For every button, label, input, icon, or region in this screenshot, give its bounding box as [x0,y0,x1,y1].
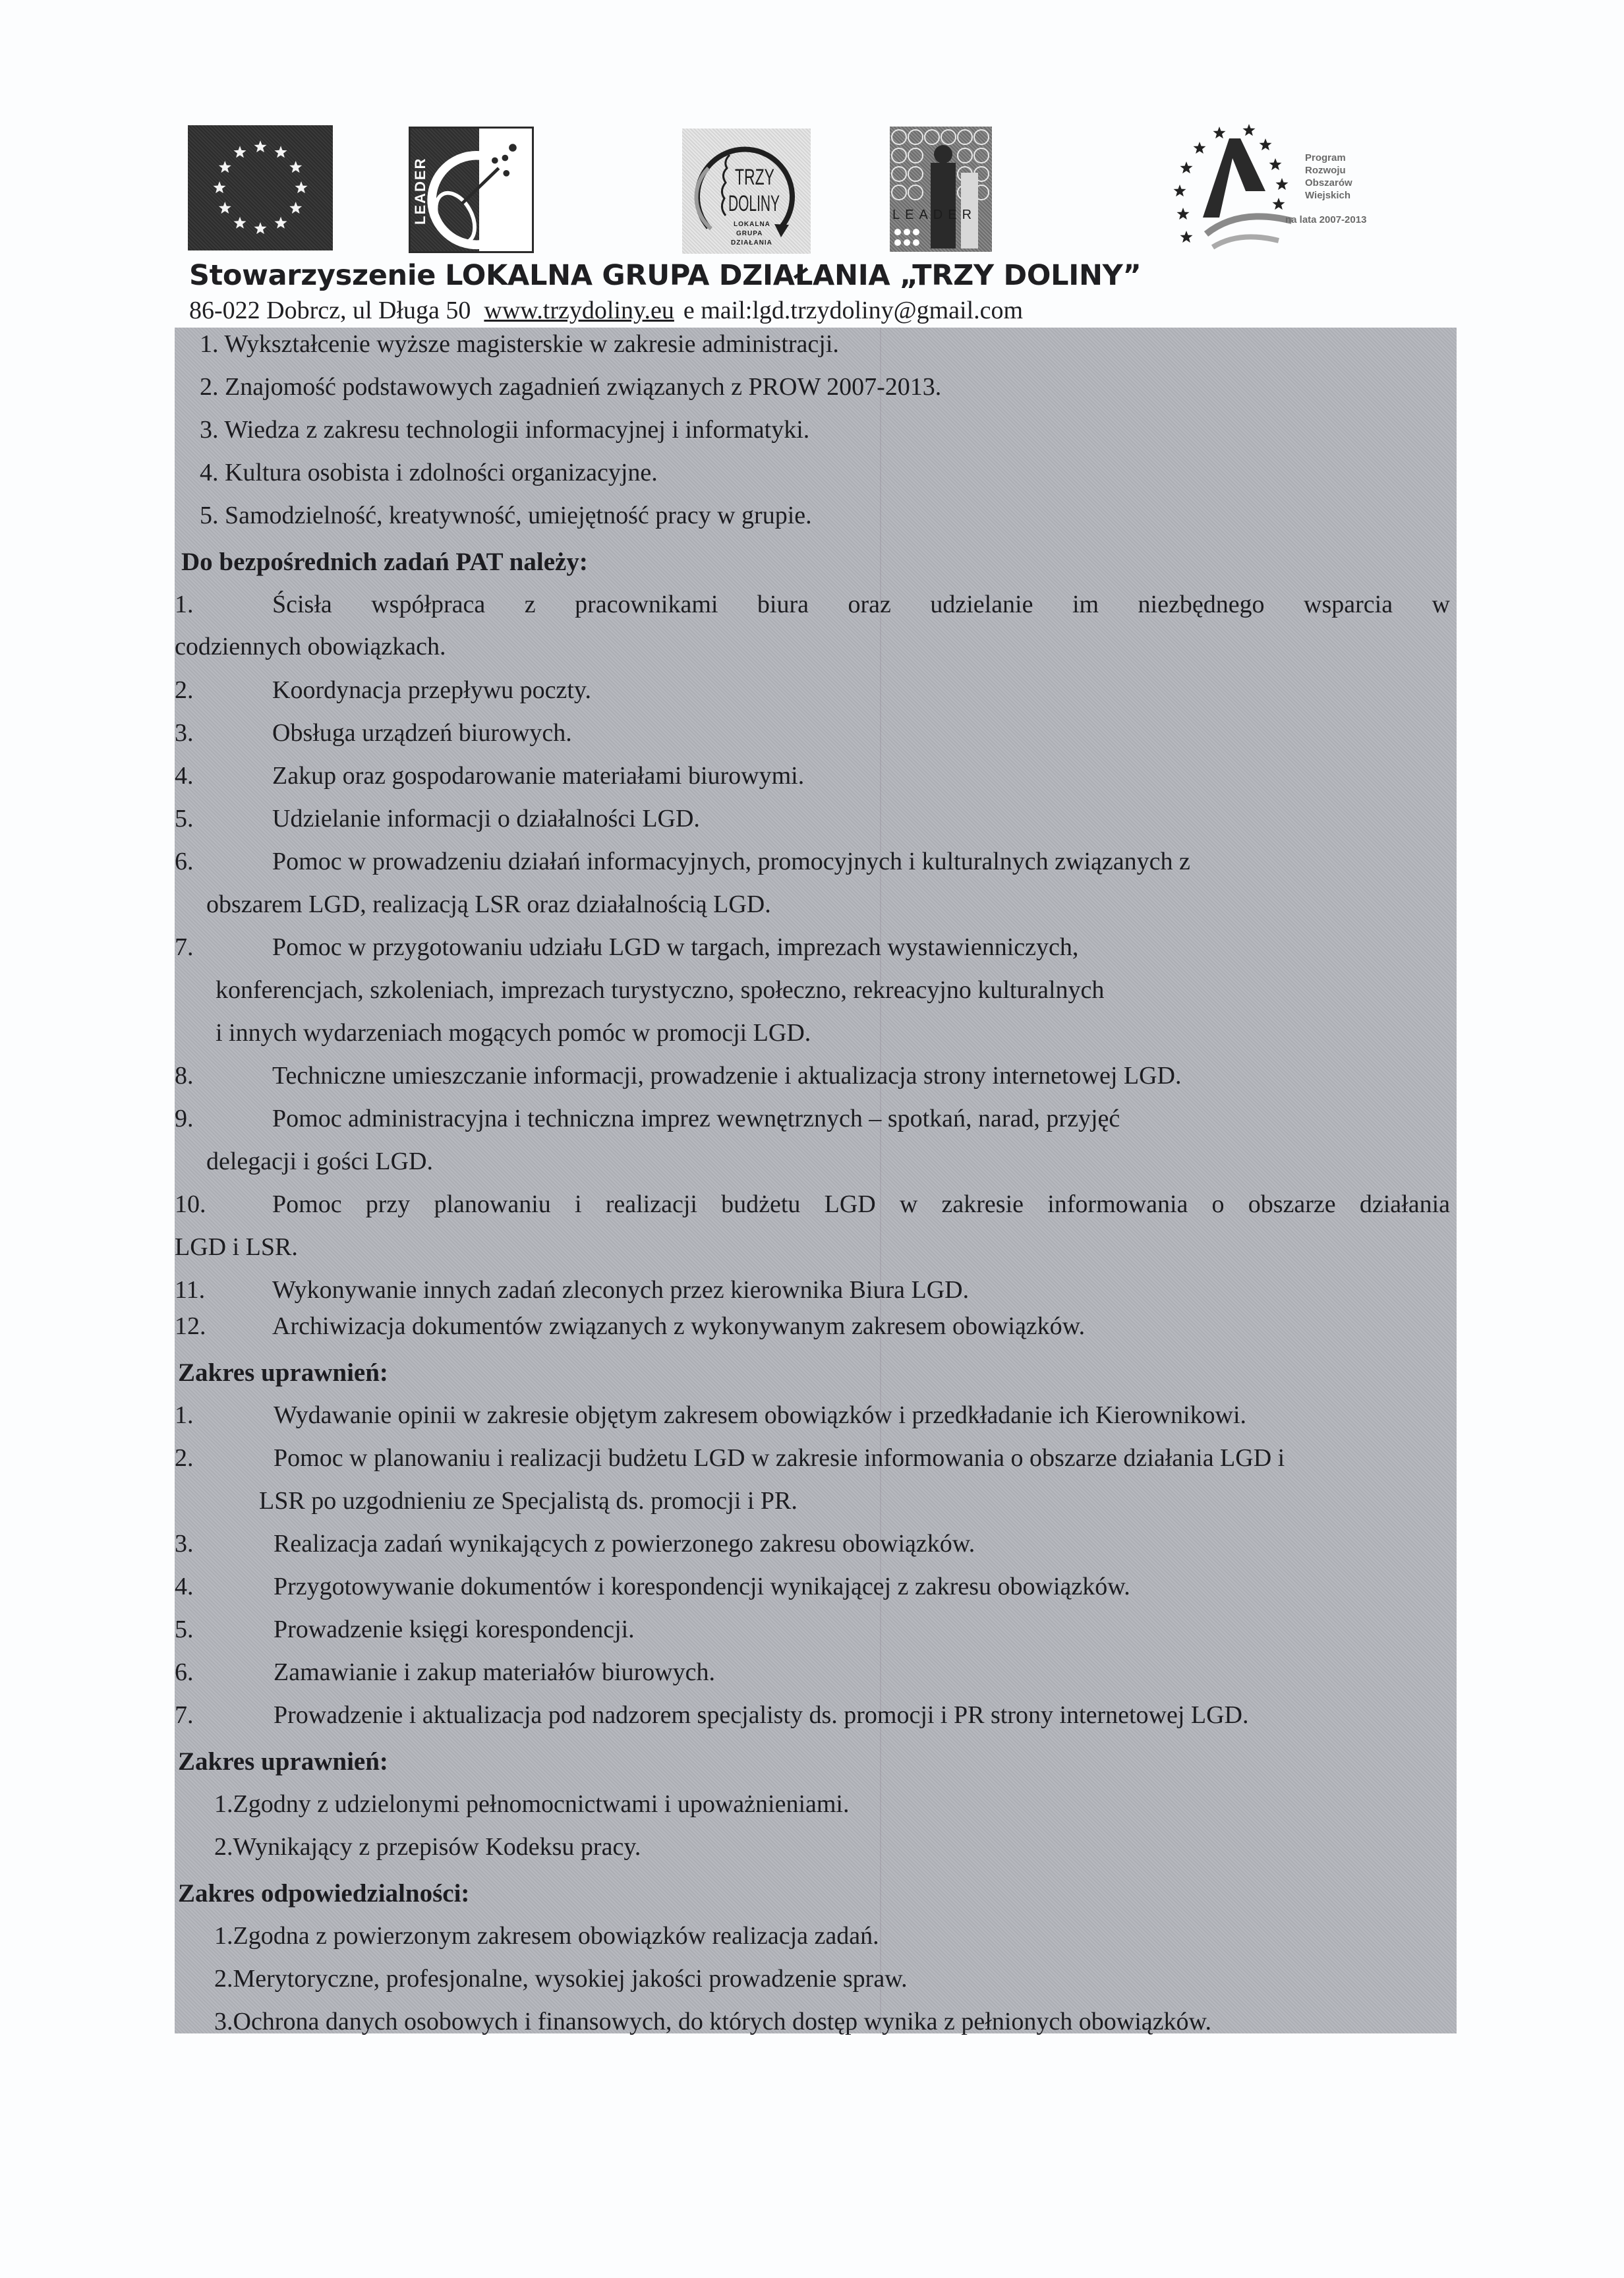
item-number: 4. [175,761,272,790]
svg-text:DZIAŁANIA: DZIAŁANIA [731,239,772,247]
item-text: Prowadzenie księgi korespondencji. [274,1616,635,1643]
duty-item: 9.Pomoc administracyjna i techniczna imp… [175,1104,1120,1133]
responsibility-item: 1.Zgodna z powierzonym zakresem obowiązk… [214,1921,879,1950]
item-number: 1. [175,1401,274,1430]
prow-years: na lata 2007-2013 [1285,214,1366,225]
responsibility-item: 3.Ochrona danych osobowych i finansowych… [214,2007,1211,2036]
item-text: Obsługa urządzeń biurowych. [272,719,572,747]
logo-bar: LEADER TRZY DOLINY LOKALNA GRUPA DZIAŁAN… [0,0,1624,264]
item-text: Pomoc w przygotowaniu udziału LGD w targ… [272,933,1078,961]
svg-text:DOLINY: DOLINY [728,191,780,216]
right-item: 1.Wydawanie opinii w zakresie objętym za… [175,1401,1246,1430]
right-item: 2.Pomoc w planowaniu i realizacji budżet… [175,1444,1285,1473]
item-text: Pomoc przy planowaniu i realizacji budże… [272,1190,1450,1218]
item-text: Koordynacja przepływu poczty. [272,676,591,704]
item-text: Ścisła współpraca z pracownikami biura o… [272,591,1450,618]
website-link[interactable]: www.trzydoliny.eu [484,297,674,324]
prow-stars-icon [1167,119,1298,257]
item-text: Pomoc administracyjna i techniczna impre… [272,1105,1120,1132]
svg-text:TRZY: TRZY [735,165,774,190]
item-number: 10. [175,1190,272,1219]
requirement-item: 2. Znajomość podstawowych zagadnień zwią… [200,372,941,401]
item-text: Zamawianie i zakup materiałów biurowych. [274,1658,715,1686]
requirement-item: 3. Wiedza z zakresu technologii informac… [200,415,809,444]
item-number: 12. [175,1312,272,1341]
responsibility-item: 2.Merytoryczne, profesjonalne, wysokiej … [214,1964,908,1993]
duty-item: 2.Koordynacja przepływu poczty. [175,676,591,705]
duty-item-continuation: LGD i LSR. [175,1233,298,1262]
eu-stars-icon [188,125,333,250]
item-number: 2. [175,1444,274,1473]
item-text: Archiwizacja dokumentów związanych z wyk… [272,1312,1085,1340]
content-block: 1. Wykształcenie wyższe magisterskie w z… [175,328,1457,2033]
item-number: 2. [175,676,272,705]
organization-name: StowarzyszenieLOKALNA GRUPA DZIAŁANIA „T… [189,259,1141,292]
trzy-doliny-logo: TRZY DOLINY LOKALNA GRUPA DZIAŁANIA [682,129,811,254]
duty-item: 5.Udzielanie informacji o działalności L… [175,804,700,833]
item-number: 5. [175,804,272,833]
prow-text: Program Rozwoju Obszarów Wiejskich [1305,152,1352,202]
requirement-item: 4. Kultura osobista i zdolności organiza… [200,458,658,487]
svg-text:LEADER: LEADER [892,208,977,222]
duty-item-continuation: obszarem LGD, realizacją LSR oraz działa… [206,890,771,919]
right-item: 7.Prowadzenie i aktualizacja pod nadzore… [175,1701,1249,1730]
item-text: Zakup oraz gospodarowanie materiałami bi… [272,762,804,790]
item-number: 9. [175,1104,272,1133]
duty-item: 11.Wykonywanie innych zadań zleconych pr… [175,1275,969,1304]
item-number: 6. [175,1658,274,1687]
item-number: 1. [175,590,272,619]
item-number: 4. [175,1572,274,1601]
item-number: 6. [175,847,272,876]
org-prefix: Stowarzyszenie [189,259,436,292]
svg-text:LOKALNA: LOKALNA [734,221,770,228]
duty-item: 7.Pomoc w przygotowaniu udziału LGD w ta… [175,933,1078,962]
item-number: 3. [175,1529,274,1558]
item-text: Techniczne umieszczanie informacji, prow… [272,1062,1182,1090]
item-number: 7. [175,933,272,962]
duties-heading: Do bezpośrednich zadań PAT należy: [181,547,588,577]
rights2-heading: Zakres uprawnień: [178,1747,388,1776]
rights-heading: Zakres uprawnień: [178,1358,388,1387]
people-circles-icon: LEADER [890,127,992,252]
duty-item: 6.Pomoc w prowadzeniu działań informacyj… [175,847,1190,876]
item-number: 11. [175,1275,272,1304]
leader-logo: LEADER [409,127,534,253]
leader-people-logo: LEADER [890,127,992,252]
item-text: Pomoc w prowadzeniu działań informacyjny… [272,848,1190,875]
right-item: 5.Prowadzenie księgi korespondencji. [175,1615,635,1644]
eu-flag-logo [188,125,333,250]
duty-item: 1.Ścisła współpraca z pracownikami biura… [175,590,1450,619]
duty-item: 12.Archiwizacja dokumentów związanych z … [175,1312,1085,1341]
email: e mail:lgd.trzydoliny@gmail.com [683,297,1023,324]
item-text: Pomoc w planowaniu i realizacji budżetu … [274,1444,1285,1472]
item-number: 5. [175,1615,274,1644]
item-text: Udzielanie informacji o działalności LGD… [272,805,700,832]
duty-item: 3.Obsługa urządzeń biurowych. [175,718,572,747]
item-number: 7. [175,1701,274,1730]
right-item: 4.Przygotowywanie dokumentów i korespond… [175,1572,1130,1601]
prow-logo: Program Rozwoju Obszarów Wiejskich na la… [1167,119,1424,257]
item-text: Realizacja zadań wynikających z powierzo… [274,1530,975,1558]
item-number: 8. [175,1061,272,1090]
item-number: 3. [175,718,272,747]
leaf-branch-icon [411,129,532,251]
duty-item-continuation: i innych wydarzeniach mogących pomóc w p… [216,1018,811,1047]
requirement-item: 5. Samodzielność, kreatywność, umiejętno… [200,501,812,530]
item-text: Wykonywanie innych zadań zleconych przez… [272,1276,969,1304]
duty-item-continuation: delegacji i gości LGD. [206,1147,433,1176]
trzy-doliny-circle-icon: TRZY DOLINY LOKALNA GRUPA DZIAŁANIA [682,129,811,254]
duty-item-continuation: konferencjach, szkoleniach, imprezach tu… [216,976,1104,1005]
requirement-item: 1. Wykształcenie wyższe magisterskie w z… [200,330,839,359]
svg-text:GRUPA: GRUPA [736,230,763,237]
rights2-item: 2.Wynikający z przepisów Kodeksu pracy. [214,1832,641,1861]
item-text: Prowadzenie i aktualizacja pod nadzorem … [274,1701,1249,1729]
item-text: Wydawanie opinii w zakresie objętym zakr… [274,1401,1246,1429]
item-text: Przygotowywanie dokumentów i koresponden… [274,1573,1130,1600]
address: 86-022 Dobrcz, ul Długa 50 [189,297,471,324]
duty-item-continuation: codziennych obowiązkach. [175,632,446,661]
right-item: 3.Realizacja zadań wynikających z powier… [175,1529,975,1558]
duty-item: 8.Techniczne umieszczanie informacji, pr… [175,1061,1182,1090]
rights2-item: 1.Zgodny z udzielonymi pełnomocnictwami … [214,1790,850,1819]
duty-item: 10.Pomoc przy planowaniu i realizacji bu… [175,1190,1450,1219]
duty-item: 4.Zakup oraz gospodarowanie materiałami … [175,761,804,790]
right-item: 6.Zamawianie i zakup materiałów biurowyc… [175,1658,715,1687]
responsibility-heading: Zakres odpowiedzialności: [178,1879,469,1908]
org-full-name: LOKALNA GRUPA DZIAŁANIA „TRZY DOLINY” [445,259,1141,292]
contact-line: 86-022 Dobrcz, ul Długa 50www.trzydoliny… [189,296,1023,325]
right-item-continuation: LSR po uzgodnieniu ze Specjalistą ds. pr… [259,1486,797,1515]
